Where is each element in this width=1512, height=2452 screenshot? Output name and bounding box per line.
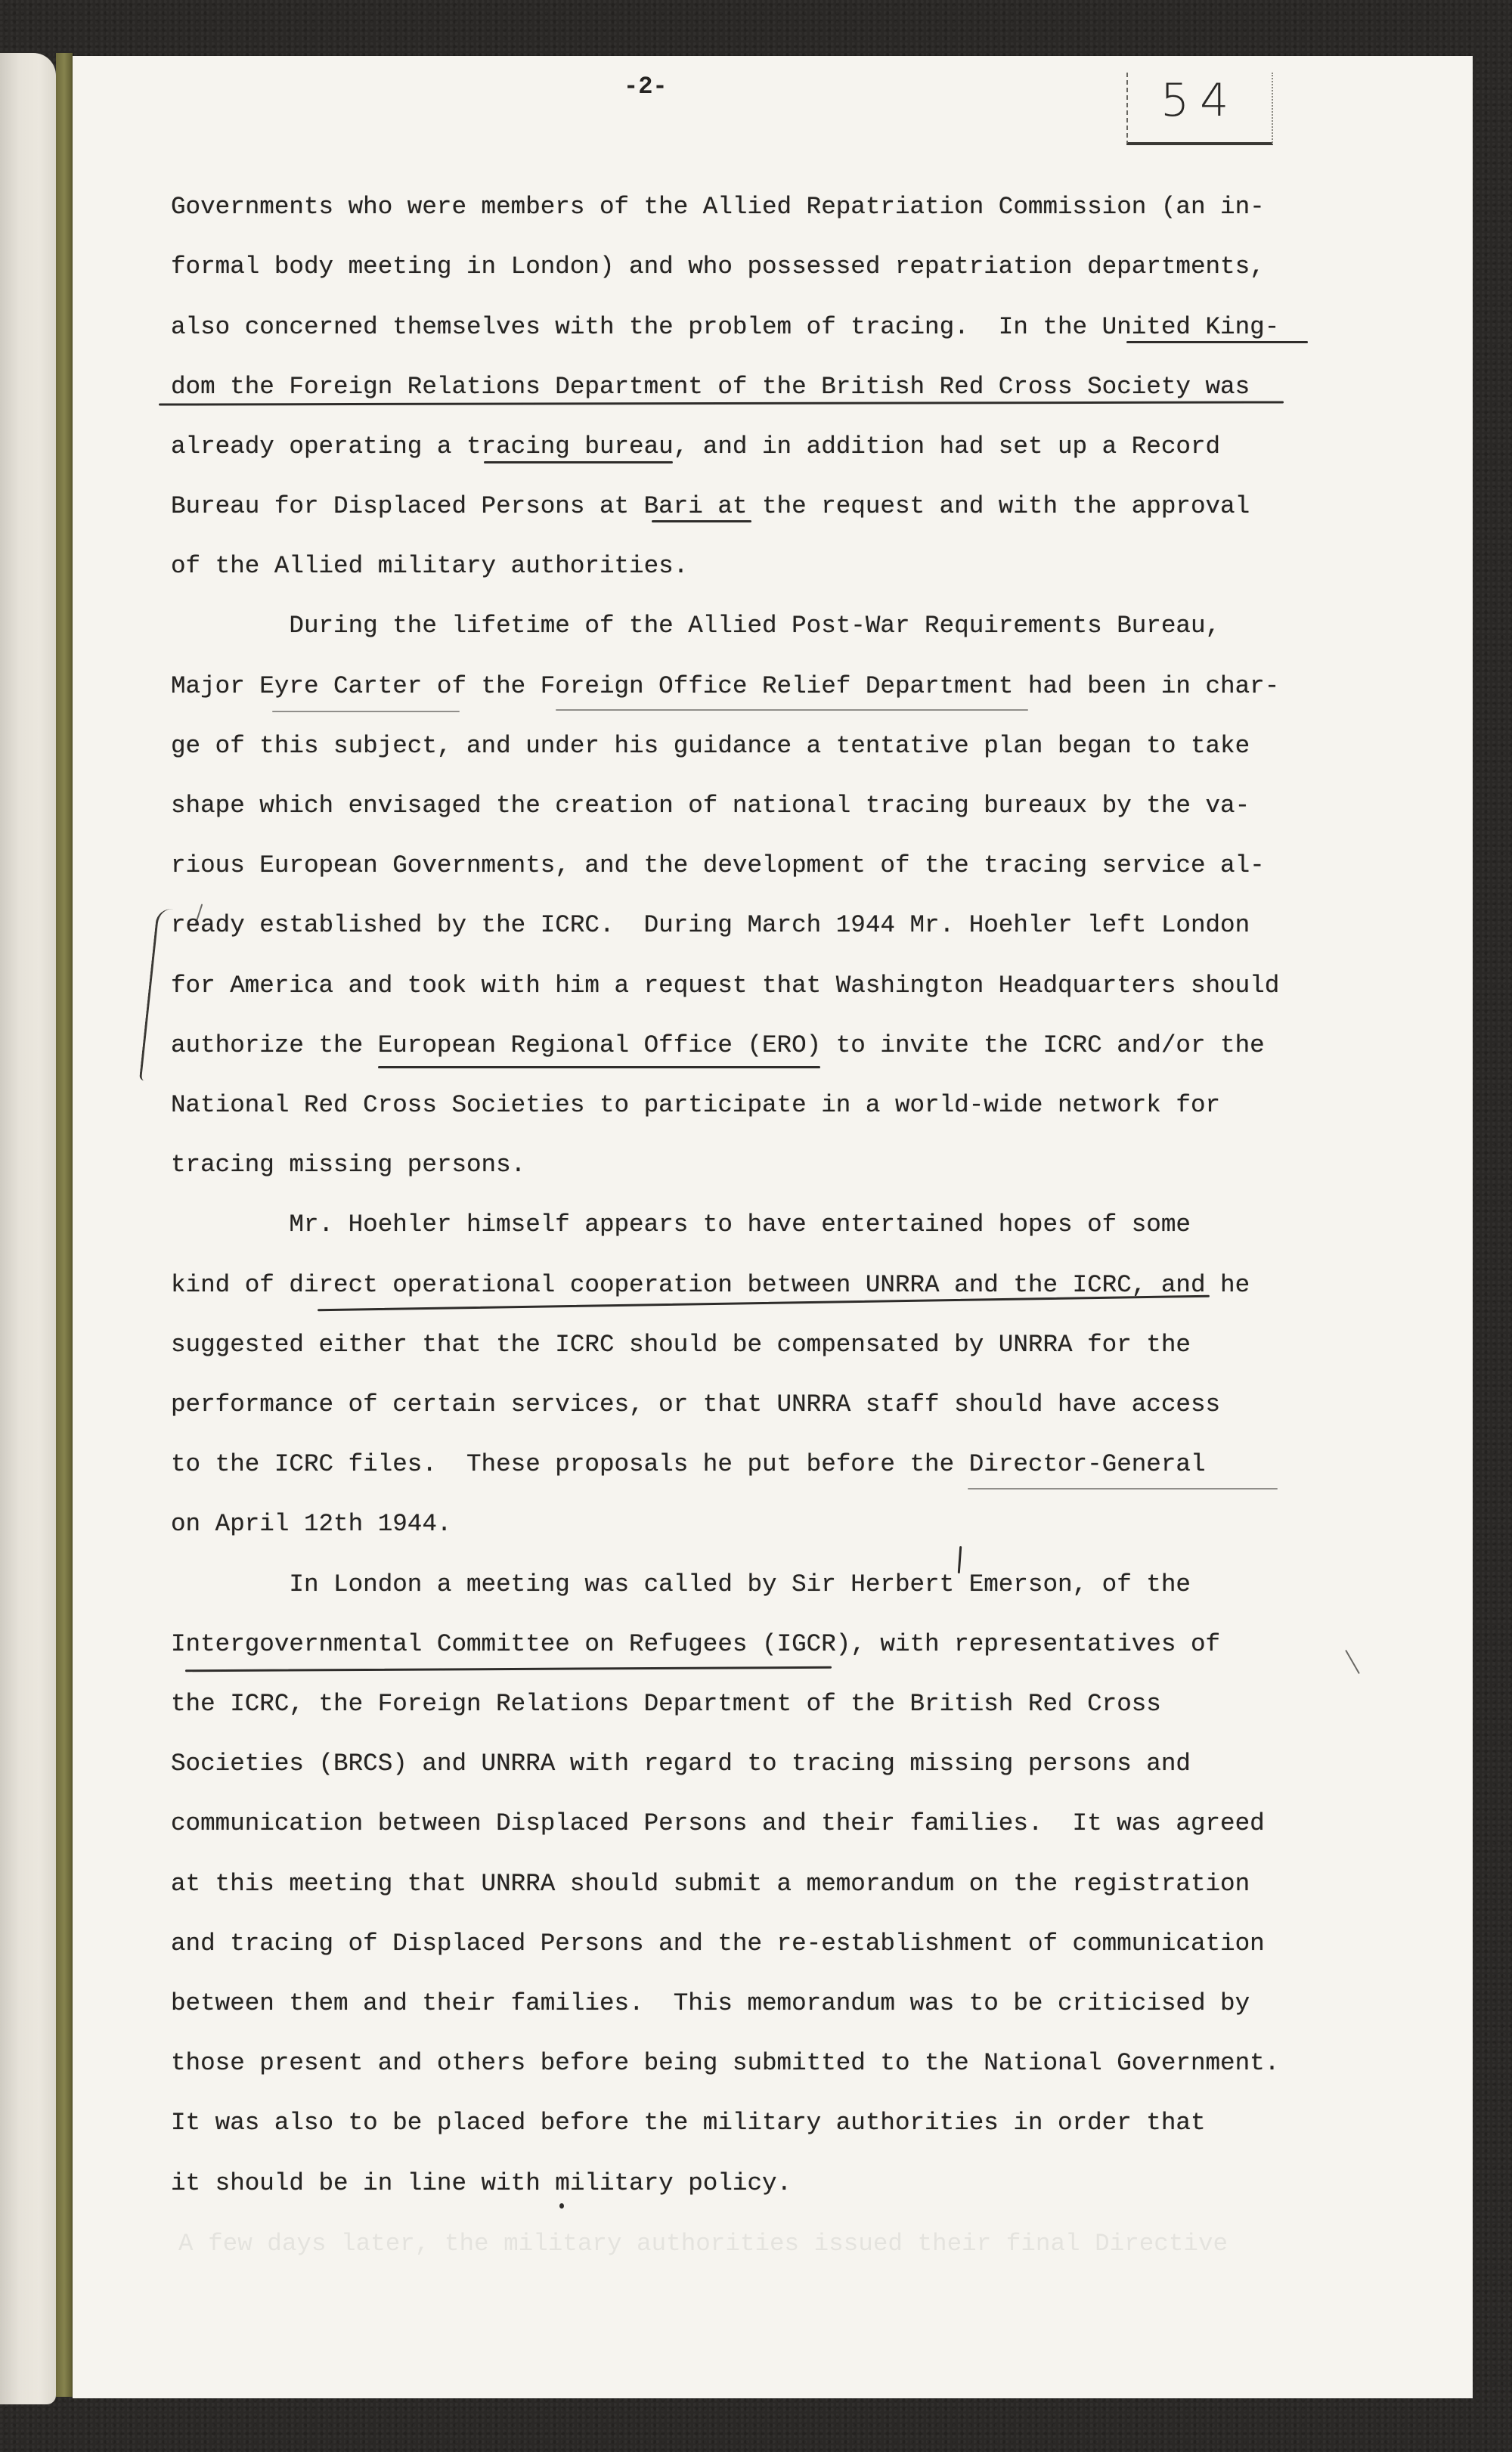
text-line: at this meeting that UNRRA should submit… (171, 1869, 1250, 1899)
text-line: already operating a tracing bureau, and … (171, 432, 1220, 462)
underline-tracing-bureau (484, 461, 673, 463)
text-line: suggested either that the ICRC should be… (171, 1330, 1191, 1360)
text-line: and tracing of Displaced Persons and the… (171, 1929, 1265, 1959)
text-line: tracing missing persons. (171, 1150, 525, 1180)
paragraph-start: Mr. Hoehler himself appears to have ente… (171, 1210, 1191, 1240)
text-line: between them and their families. This me… (171, 1989, 1250, 2019)
text-line: ready established by the ICRC. During Ma… (171, 910, 1250, 941)
text-line: authorize the European Regional Office (… (171, 1031, 1265, 1061)
text-line: also concerned themselves with the probl… (171, 312, 1279, 343)
underline-director-general (968, 1488, 1278, 1489)
text-line: Governments who were members of the Alli… (171, 192, 1265, 222)
text-line: shape which envisaged the creation of na… (171, 791, 1250, 821)
text-line: communication between Displaced Persons … (171, 1809, 1265, 1839)
page-marker: -2- (624, 72, 668, 102)
paragraph-start: In London a meeting was called by Sir He… (171, 1570, 1191, 1600)
text-line: It was also to be placed before the mili… (171, 2108, 1206, 2138)
text-line: the ICRC, the Foreign Relations Departme… (171, 1689, 1161, 1719)
book-binding (56, 53, 73, 2397)
adjacent-book-page (0, 53, 56, 2404)
text-line: of the Allied military authorities. (171, 551, 688, 581)
text-line: those present and others before being su… (171, 2048, 1279, 2078)
text-line: on April 12th 1944. (171, 1509, 451, 1539)
text-line: performance of certain services, or that… (171, 1390, 1220, 1420)
text-line: dom the Foreign Relations Department of … (171, 372, 1250, 402)
underline-united-kingdom (1126, 341, 1308, 343)
handwritten-folio-number: 54 (1160, 74, 1239, 127)
text-line: Major Eyre Carter of the Foreign Office … (171, 671, 1279, 702)
text-line: Bureau for Displaced Persons at Bari at … (171, 491, 1250, 522)
text-line: to the ICRC files. These proposals he pu… (171, 1449, 1206, 1480)
text-line: National Red Cross Societies to particip… (171, 1090, 1220, 1121)
bleed-through-text: A few days later, the military authoriti… (178, 2229, 1228, 2259)
underline-bari (652, 520, 751, 522)
underline-eyre-carter (272, 711, 460, 712)
text-line: formal body meeting in London) and who p… (171, 252, 1265, 282)
text-line: ge of this subject, and under his guidan… (171, 731, 1250, 761)
text-line: for America and took with him a request … (171, 971, 1279, 1001)
text-line: Intergovernmental Committee on Refugees … (171, 1629, 1220, 1660)
text-line: kind of direct operational cooperation b… (171, 1270, 1250, 1300)
paragraph-start: During the lifetime of the Allied Post-W… (171, 611, 1220, 641)
text-line: rious European Governments, and the deve… (171, 851, 1265, 881)
ink-dot (559, 2203, 564, 2209)
underline-european-regional-office (378, 1066, 820, 1068)
underline-foreign-office-relief (556, 709, 1028, 711)
text-line: Societies (BRCS) and UNRRA with regard t… (171, 1749, 1191, 1779)
text-line: it should be in line with military polic… (171, 2168, 792, 2199)
